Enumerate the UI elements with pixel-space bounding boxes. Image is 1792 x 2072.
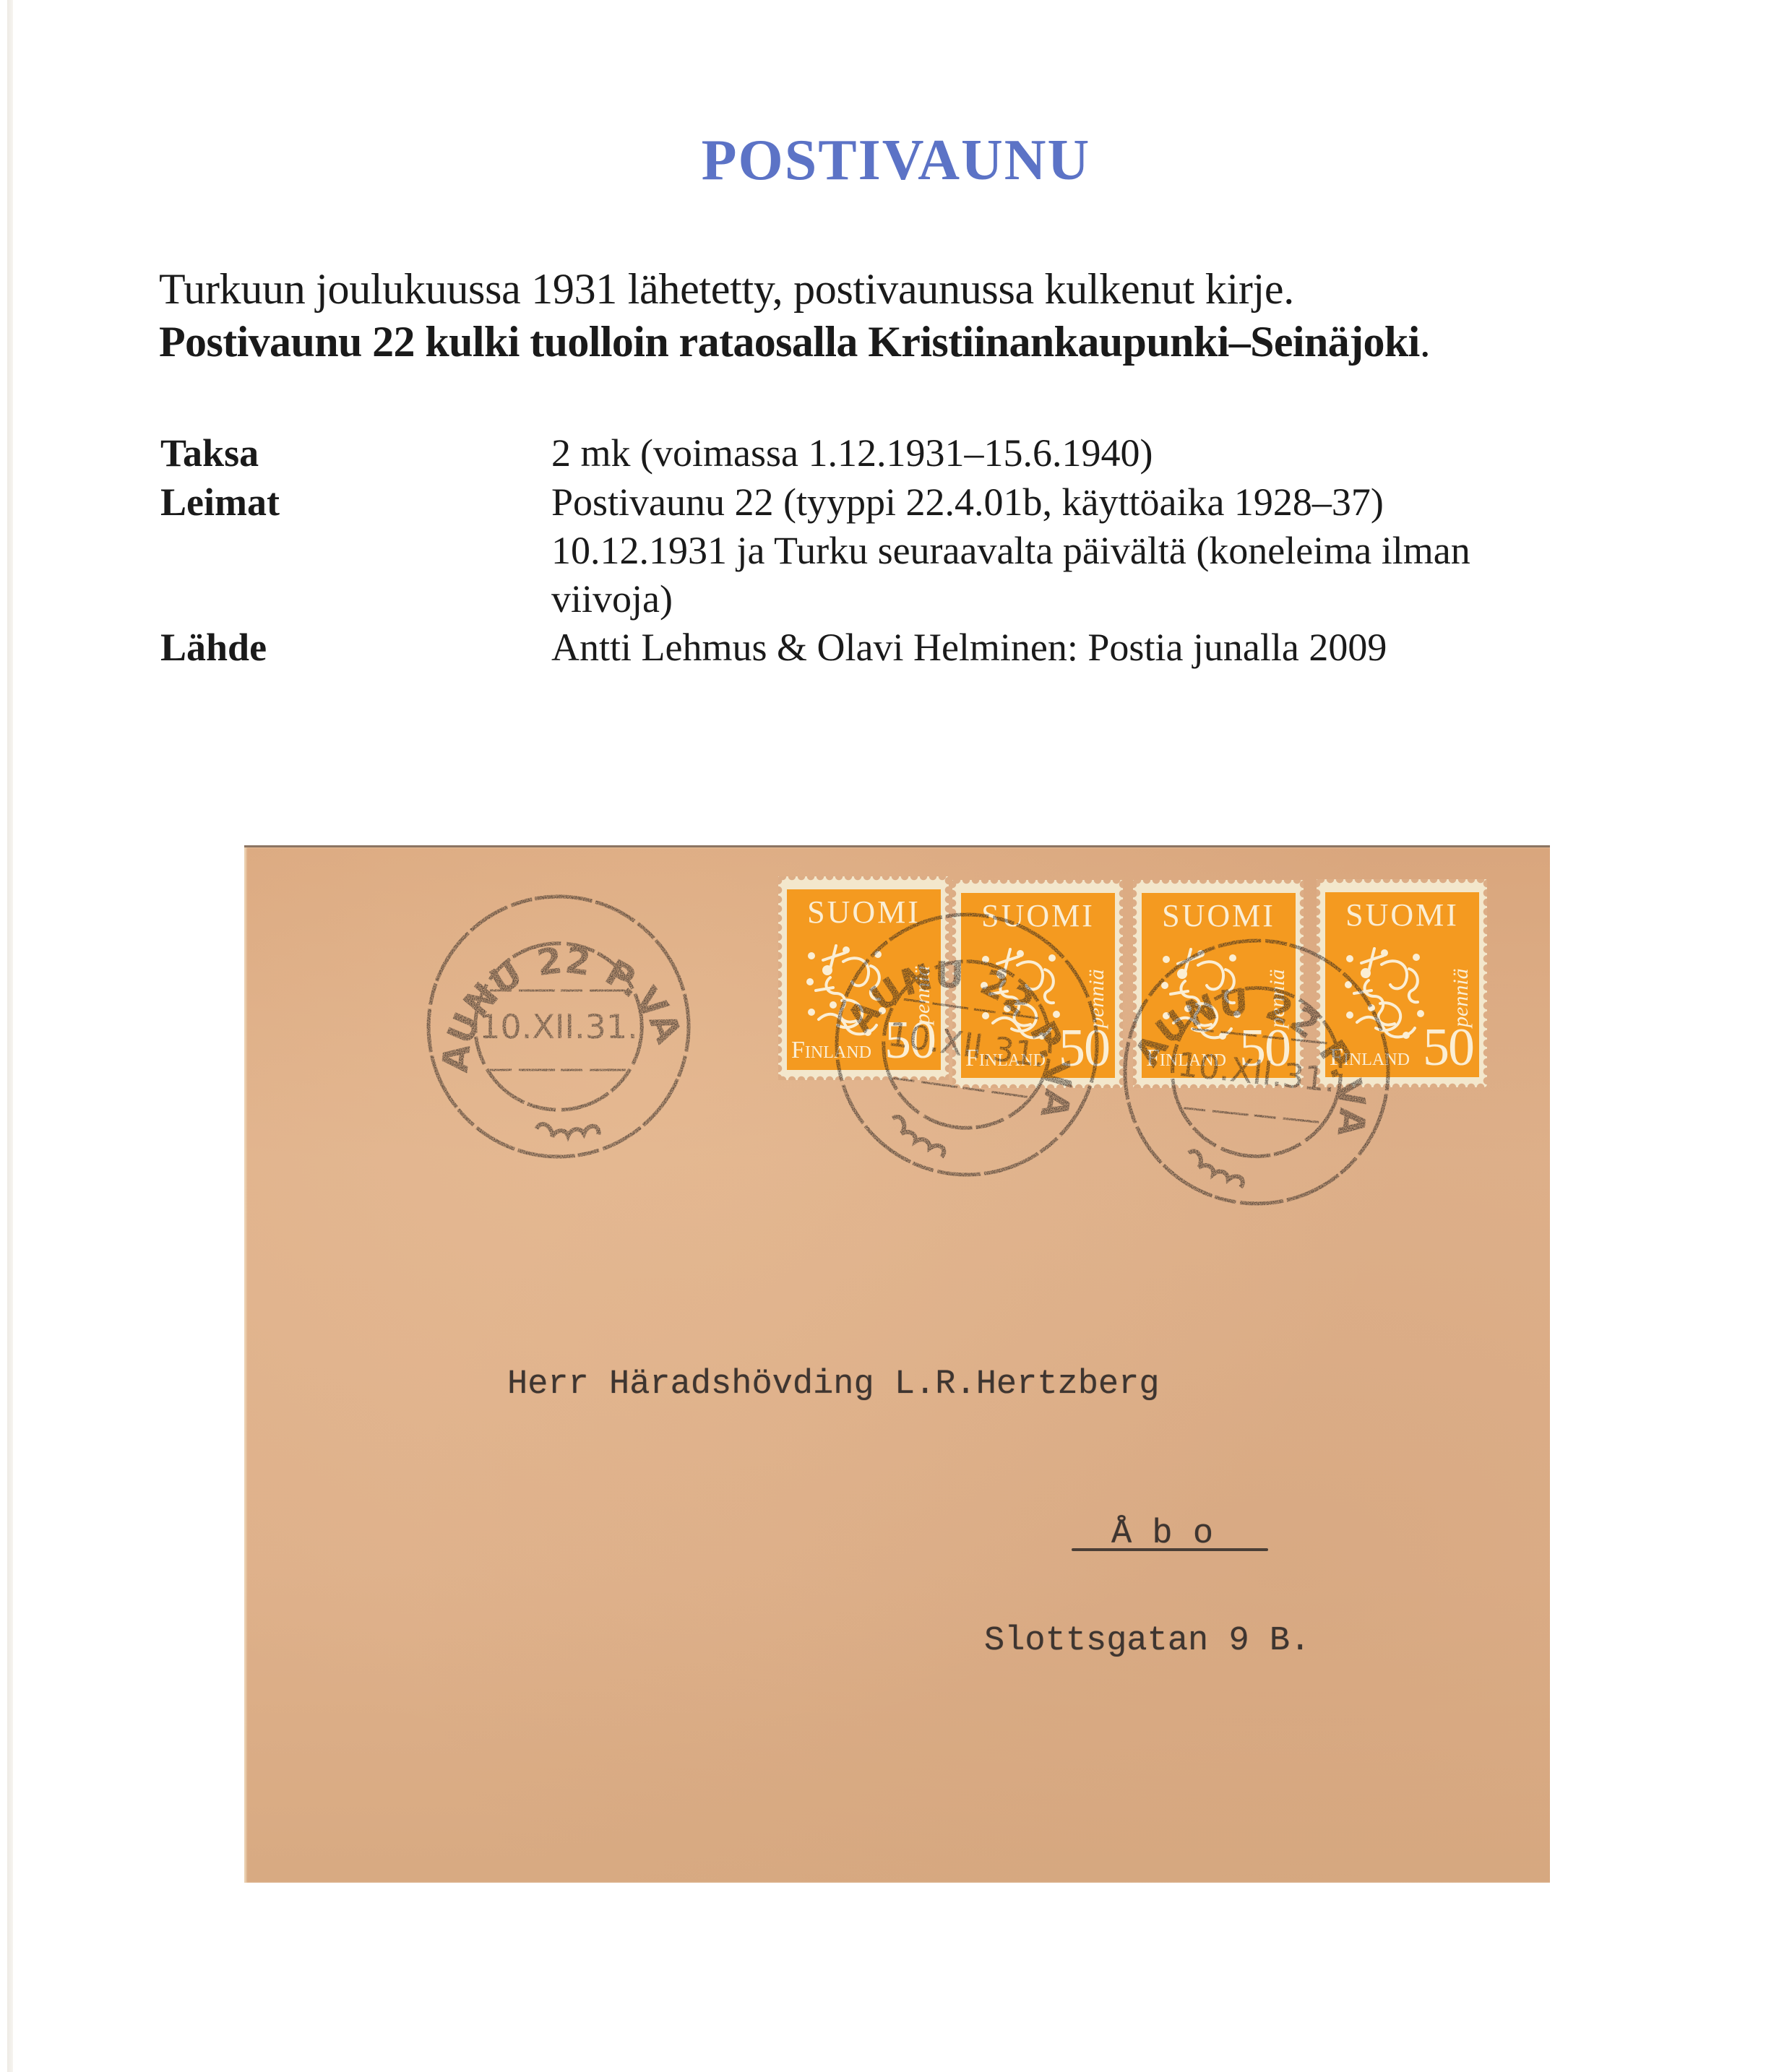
info-value: 2 mk (voimassa 1.12.1931–15.6.1940) — [551, 433, 1153, 472]
stamp-country: SUOMI — [787, 897, 941, 928]
stamp-face: SUOMI penniä FINLAND 50 — [961, 893, 1115, 1078]
stamp-face: SUOMI penniä FINLAND 50 — [1142, 893, 1296, 1078]
page-title: POSTIVAUNU — [0, 131, 1792, 189]
city-underline — [1072, 1548, 1268, 1551]
stamp-1: SUOMI penniä FINLAND 50 — [778, 876, 949, 1080]
stamp-3: SUOMI penniä FINLAND 50 — [1133, 880, 1304, 1088]
info-value: Antti Lehmus & Olavi Helminen: Postia ju… — [551, 628, 1387, 667]
address-city: Å b o — [1111, 1517, 1213, 1551]
stamp-country: SUOMI — [1325, 899, 1479, 931]
info-value: viivoja) — [551, 579, 673, 618]
stamp-2: SUOMI penniä FINLAND 50 — [952, 880, 1123, 1088]
lion-coat-of-arms-icon — [975, 944, 1069, 1052]
scan-edge — [7, 0, 13, 2072]
info-label: Taksa — [160, 433, 259, 472]
stamp-country: SUOMI — [961, 900, 1115, 932]
stamp-value: 50 — [1239, 1022, 1290, 1075]
lion-coat-of-arms-icon — [1340, 943, 1434, 1051]
stamp-value: 50 — [1423, 1021, 1473, 1074]
info-value: 10.12.1931 ja Turku seuraavalta päivältä… — [551, 531, 1470, 570]
intro-line-2-bold: Postivaunu 22 kulki tuolloin rataosalla … — [159, 318, 1420, 366]
stamp-name: FINLAND — [1146, 1050, 1226, 1069]
stamp-face: SUOMI penniä FINLAND 50 — [1325, 892, 1479, 1077]
info-label: Leimat — [160, 483, 280, 522]
stamp-face: SUOMI penniä FINLAND 50 — [787, 889, 941, 1070]
stamp-name: FINLAND — [791, 1042, 871, 1061]
intro-line-2: Postivaunu 22 kulki tuolloin rataosalla … — [159, 320, 1430, 363]
stamp-value: 50 — [1059, 1022, 1109, 1075]
intro-line-1: Turkuun joulukuussa 1931 lähetetty, post… — [159, 267, 1294, 311]
info-value: Postivaunu 22 (tyyppi 22.4.01b, käyttöai… — [551, 483, 1384, 522]
lion-coat-of-arms-icon — [801, 940, 895, 1048]
lion-coat-of-arms-icon — [1156, 944, 1250, 1052]
address-recipient: Herr Häradshövding L.R.Hertzberg — [507, 1368, 1160, 1402]
stamp-name: FINLAND — [965, 1050, 1046, 1069]
intro-line-2-end: . — [1420, 318, 1430, 366]
stamp-value: 50 — [884, 1014, 935, 1067]
info-label: Lähde — [160, 628, 267, 667]
stamp-country: SUOMI — [1142, 900, 1296, 932]
stamp-name: FINLAND — [1330, 1049, 1410, 1069]
address-street: Slottsgatan 9 B. — [984, 1624, 1310, 1658]
stamp-4: SUOMI penniä FINLAND 50 — [1317, 879, 1487, 1087]
